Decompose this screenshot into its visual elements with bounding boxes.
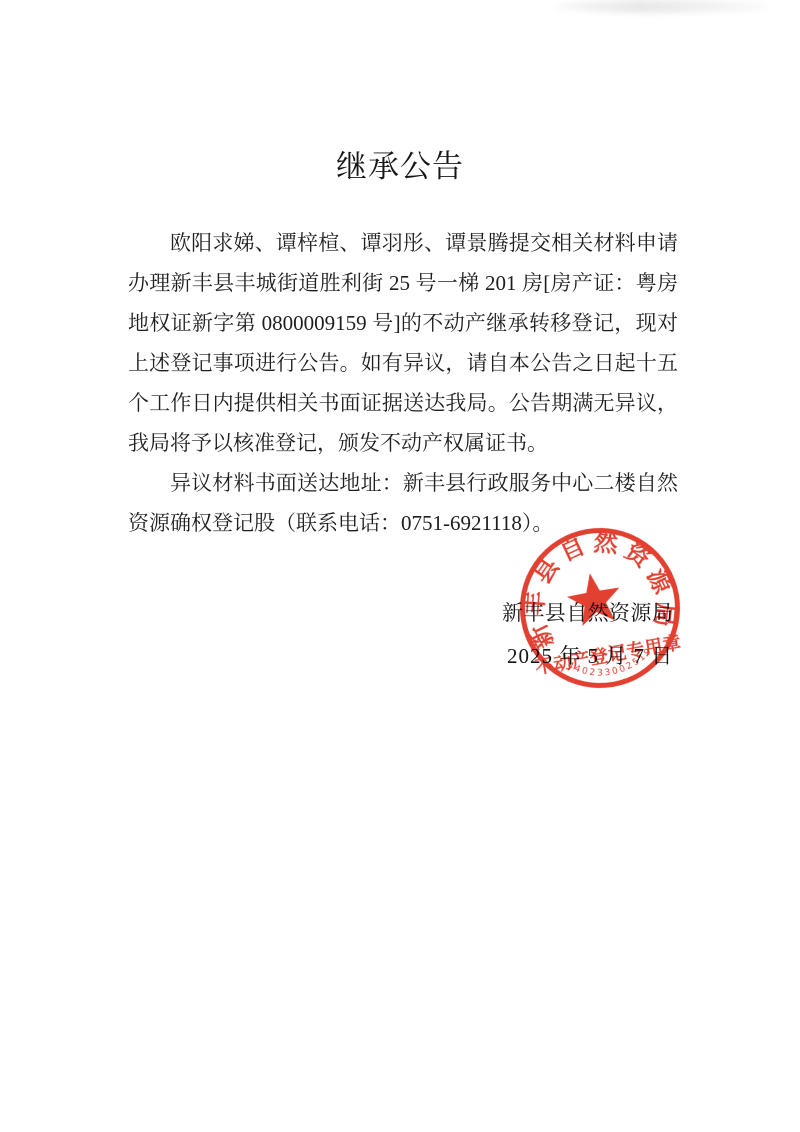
svg-text:资: 资 <box>620 537 657 574</box>
svg-text:源: 源 <box>642 565 677 599</box>
page-title: 继承公告 <box>0 141 800 186</box>
svg-text:县: 县 <box>529 554 565 589</box>
svg-text:2: 2 <box>589 668 596 679</box>
svg-text:3: 3 <box>597 668 603 678</box>
announcement-page: { "doc": { "title": "继承公告", "paragraphs"… <box>0 0 800 1132</box>
svg-text:然: 然 <box>593 528 620 558</box>
svg-text:局: 局 <box>649 601 678 628</box>
svg-text:丰: 丰 <box>521 590 550 616</box>
svg-text:自: 自 <box>556 532 589 567</box>
svg-text:0: 0 <box>581 666 589 677</box>
svg-text:新: 新 <box>524 620 560 654</box>
official-seal: 新丰县自然资源局 不动产登记专用章 440233002519 <box>510 518 690 698</box>
announcement-body: 欧阳求娣、谭梓楦、谭羽彤、谭景腾提交相关材料申请办理新丰县丰城街道胜利街 25 … <box>128 223 678 543</box>
body-paragraph: 欧阳求娣、谭梓楦、谭羽彤、谭景腾提交相关材料申请办理新丰县丰城街道胜利街 25 … <box>128 223 678 463</box>
seal-star-icon <box>564 569 625 628</box>
paper-smudge <box>555 0 770 13</box>
svg-text:3: 3 <box>604 668 611 679</box>
